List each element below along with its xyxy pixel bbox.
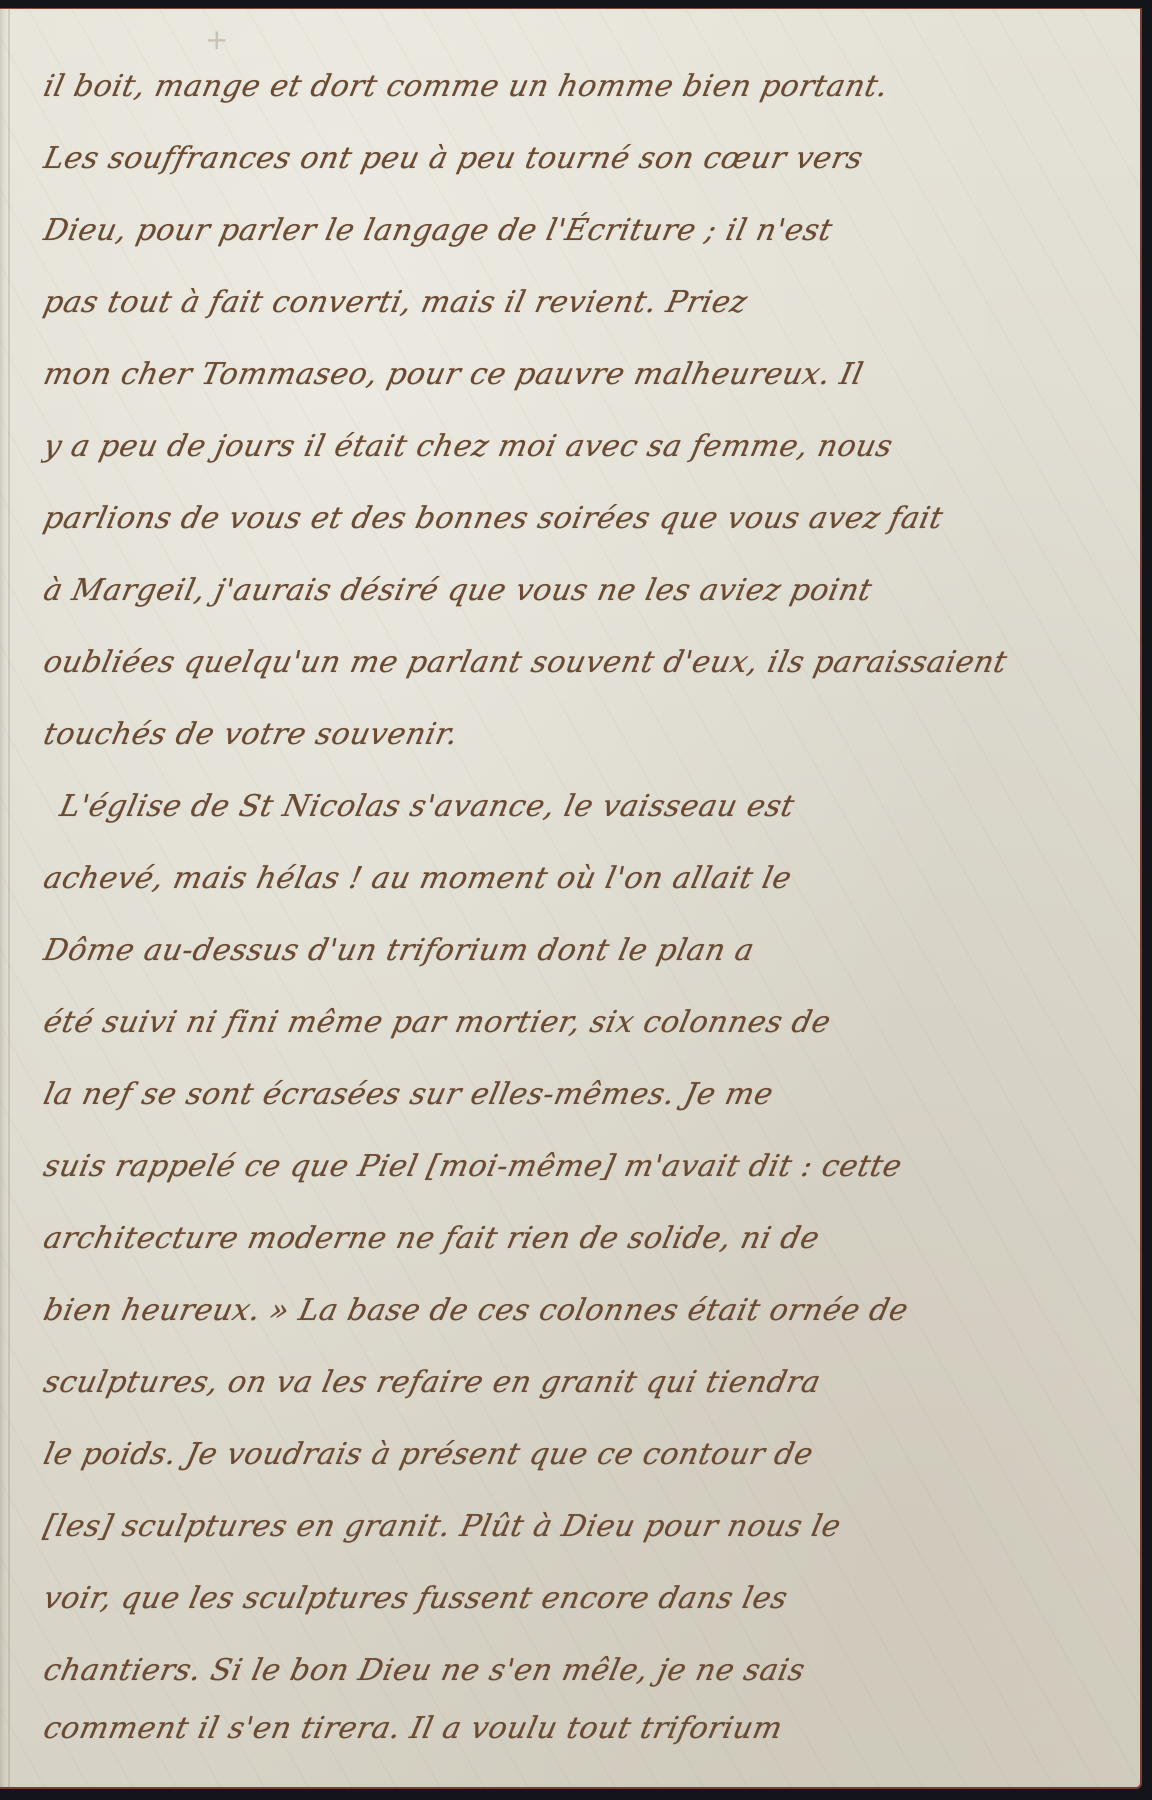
handwritten-text-block: il boit, mange et dort comme un homme bi… (0, 9, 1140, 1787)
handwritten-line-16: suis rappelé ce que Piel [moi-même] m'av… (38, 1137, 1107, 1197)
handwritten-line-7: parlions de vous et des bonnes soirées q… (38, 489, 1107, 549)
handwritten-line-15: la nef se sont écrasées sur elles-mêmes.… (38, 1065, 1107, 1125)
scan-frame: + il boit, mange et dort comme un homme … (0, 0, 1152, 1800)
handwritten-line-4: pas tout à fait converti, mais il revien… (38, 273, 1107, 333)
handwritten-line-11: L'église de St Nicolas s'avance, le vais… (54, 777, 1107, 837)
handwritten-line-1: il boit, mange et dort comme un homme bi… (38, 57, 1107, 117)
handwritten-line-19: sculptures, on va les refaire en granit … (38, 1353, 1107, 1413)
handwritten-line-24: comment il s'en tirera. Il a voulu tout … (38, 1699, 1107, 1759)
handwritten-line-12: achevé, mais hélas ! au moment où l'on a… (38, 849, 1107, 909)
handwritten-line-8: à Margeil, j'aurais désiré que vous ne l… (38, 561, 1107, 621)
handwritten-line-21: [les] sculptures en granit. Plût à Dieu … (38, 1497, 1107, 1557)
handwritten-line-10: touchés de votre souvenir. (38, 705, 1107, 765)
letter-page: + il boit, mange et dort comme un homme … (0, 8, 1142, 1789)
handwritten-line-9: oubliées quelqu'un me parlant souvent d'… (38, 633, 1107, 693)
handwritten-line-6: y a peu de jours il était chez moi avec … (38, 417, 1107, 477)
handwritten-line-2: Les souffrances ont peu à peu tourné son… (38, 129, 1107, 189)
handwritten-line-22: voir, que les sculptures fussent encore … (38, 1569, 1107, 1629)
handwritten-line-23: chantiers. Si le bon Dieu ne s'en mêle, … (38, 1641, 1107, 1701)
handwritten-line-13: Dôme au-dessus d'un triforium dont le pl… (38, 921, 1107, 981)
handwritten-line-20: le poids. Je voudrais à présent que ce c… (38, 1425, 1107, 1485)
handwritten-line-5: mon cher Tommaseo, pour ce pauvre malheu… (38, 345, 1107, 405)
handwritten-line-17: architecture moderne ne fait rien de sol… (38, 1209, 1107, 1269)
handwritten-line-18: bien heureux. » La base de ces colonnes … (38, 1281, 1107, 1341)
handwritten-line-14: été suivi ni fini même par mortier, six … (38, 993, 1107, 1053)
handwritten-line-3: Dieu, pour parler le langage de l'Écritu… (38, 201, 1107, 261)
